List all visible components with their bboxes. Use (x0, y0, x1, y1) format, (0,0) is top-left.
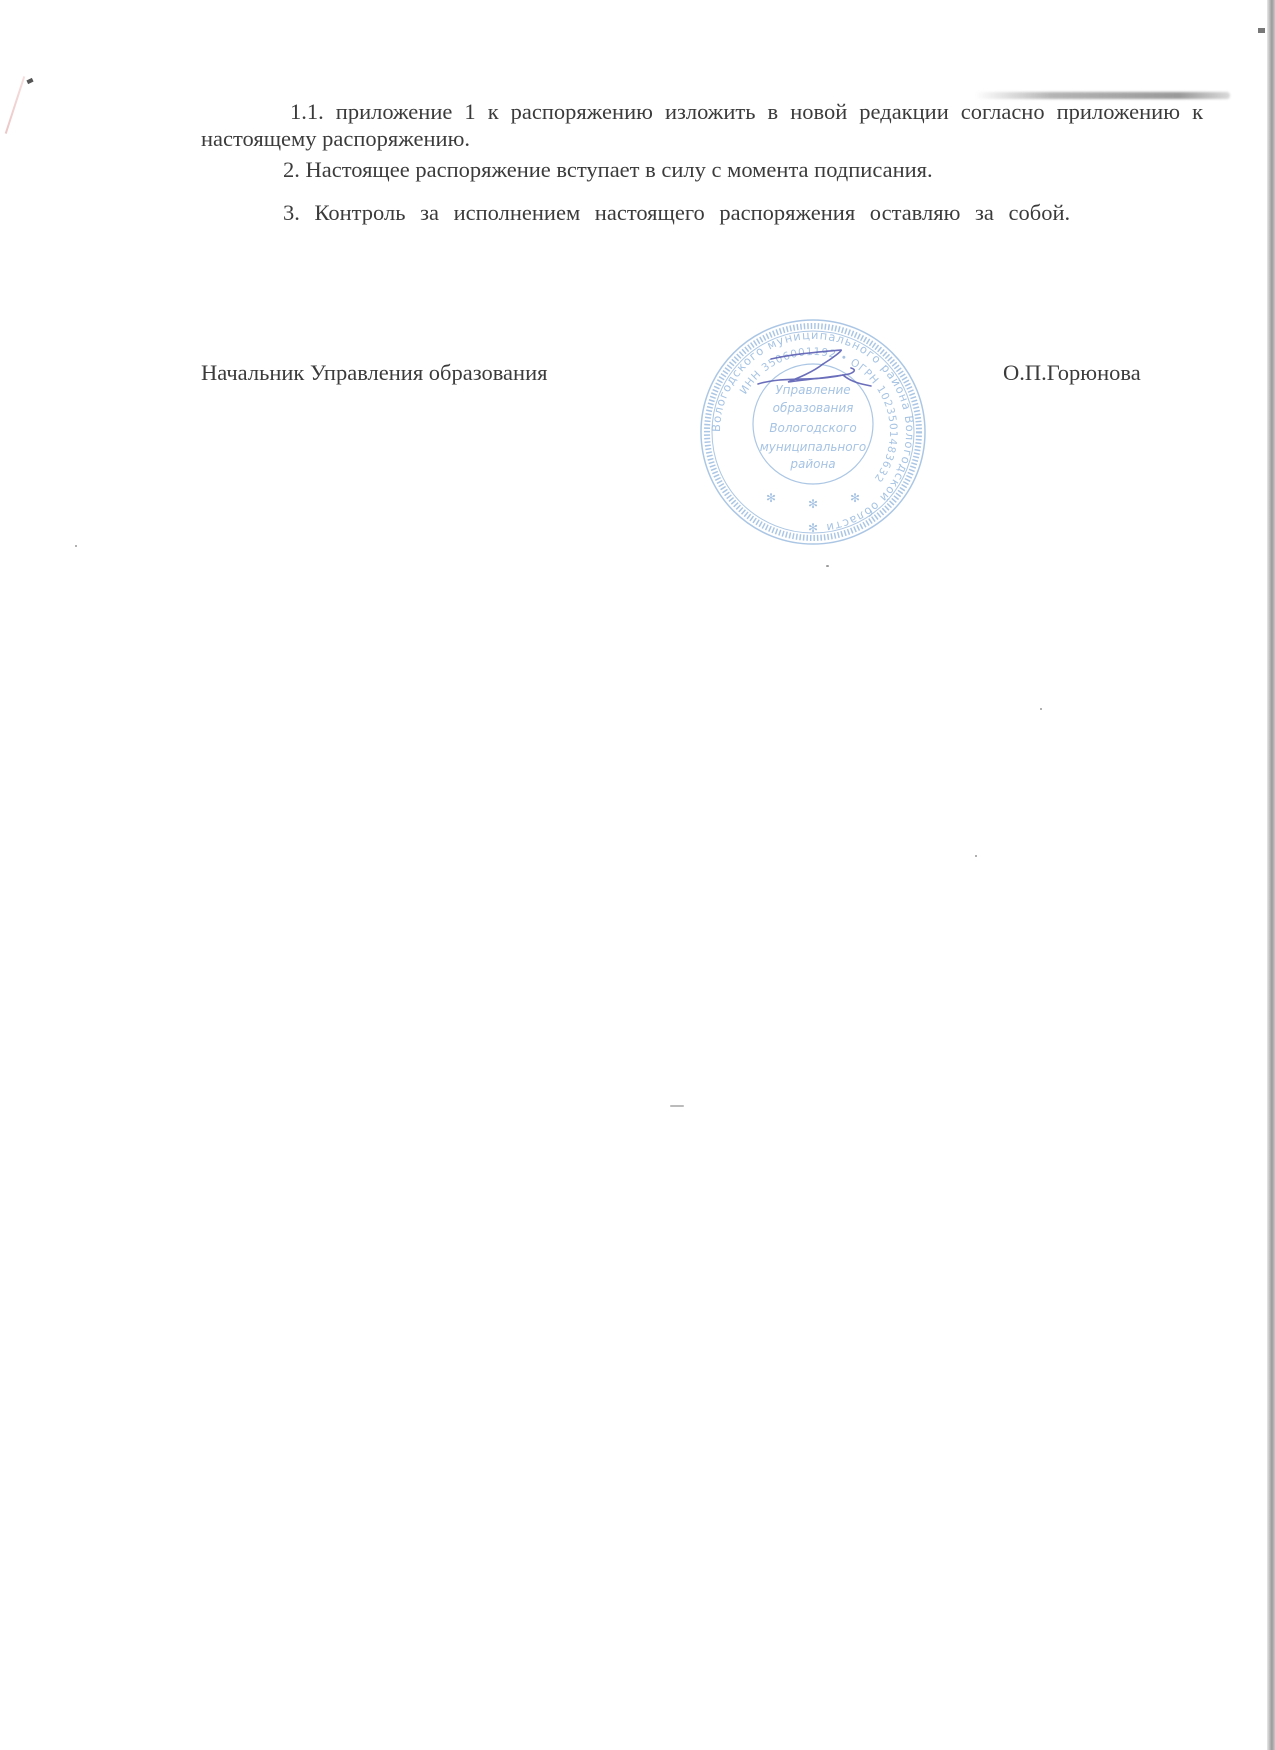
paragraph-3: 3. Контроль за исполнением настоящего ра… (201, 199, 1203, 226)
signatory-position: Начальник Управления образования (201, 360, 547, 386)
paragraph-1-1: 1.1. приложение 1 к распоряжению изложит… (201, 98, 1203, 152)
scan-right-edge (1267, 0, 1275, 1750)
paragraph-3-end: собой. (1009, 200, 1071, 225)
scan-speckle (975, 855, 977, 857)
official-stamp: Вологодского муниципального района Волог… (693, 312, 933, 552)
stamp-line-4: муниципального (760, 440, 867, 454)
scan-pen-mark (5, 76, 25, 134)
svg-text:✻: ✻ (850, 491, 860, 505)
scan-corner-mark (1258, 28, 1265, 33)
stamp-line-3: Вологодского (769, 421, 856, 435)
svg-text:✻: ✻ (766, 491, 776, 505)
svg-text:✻: ✻ (808, 521, 818, 535)
stamp-line-2: образования (773, 401, 854, 415)
scan-speckle (75, 545, 77, 547)
scan-speckle (826, 565, 829, 567)
stamp-seal-icon: Вологодского муниципального района Волог… (693, 312, 933, 552)
scan-pen-dot (26, 78, 33, 84)
svg-text:✻: ✻ (808, 497, 818, 511)
stamp-line-5: района (789, 457, 835, 471)
stamp-line-1: Управление (775, 383, 850, 397)
paragraph-2: 2. Настоящее распоряжение вступает в сил… (201, 156, 1203, 183)
document-body: 1.1. приложение 1 к распоряжению изложит… (201, 98, 1203, 226)
scan-speckle (1040, 708, 1042, 710)
signatory-name: О.П.Горюнова (1003, 360, 1141, 386)
paragraph-3-text: 3. Контроль за исполнением настоящего ра… (283, 200, 994, 225)
scan-speckle (670, 1105, 684, 1107)
